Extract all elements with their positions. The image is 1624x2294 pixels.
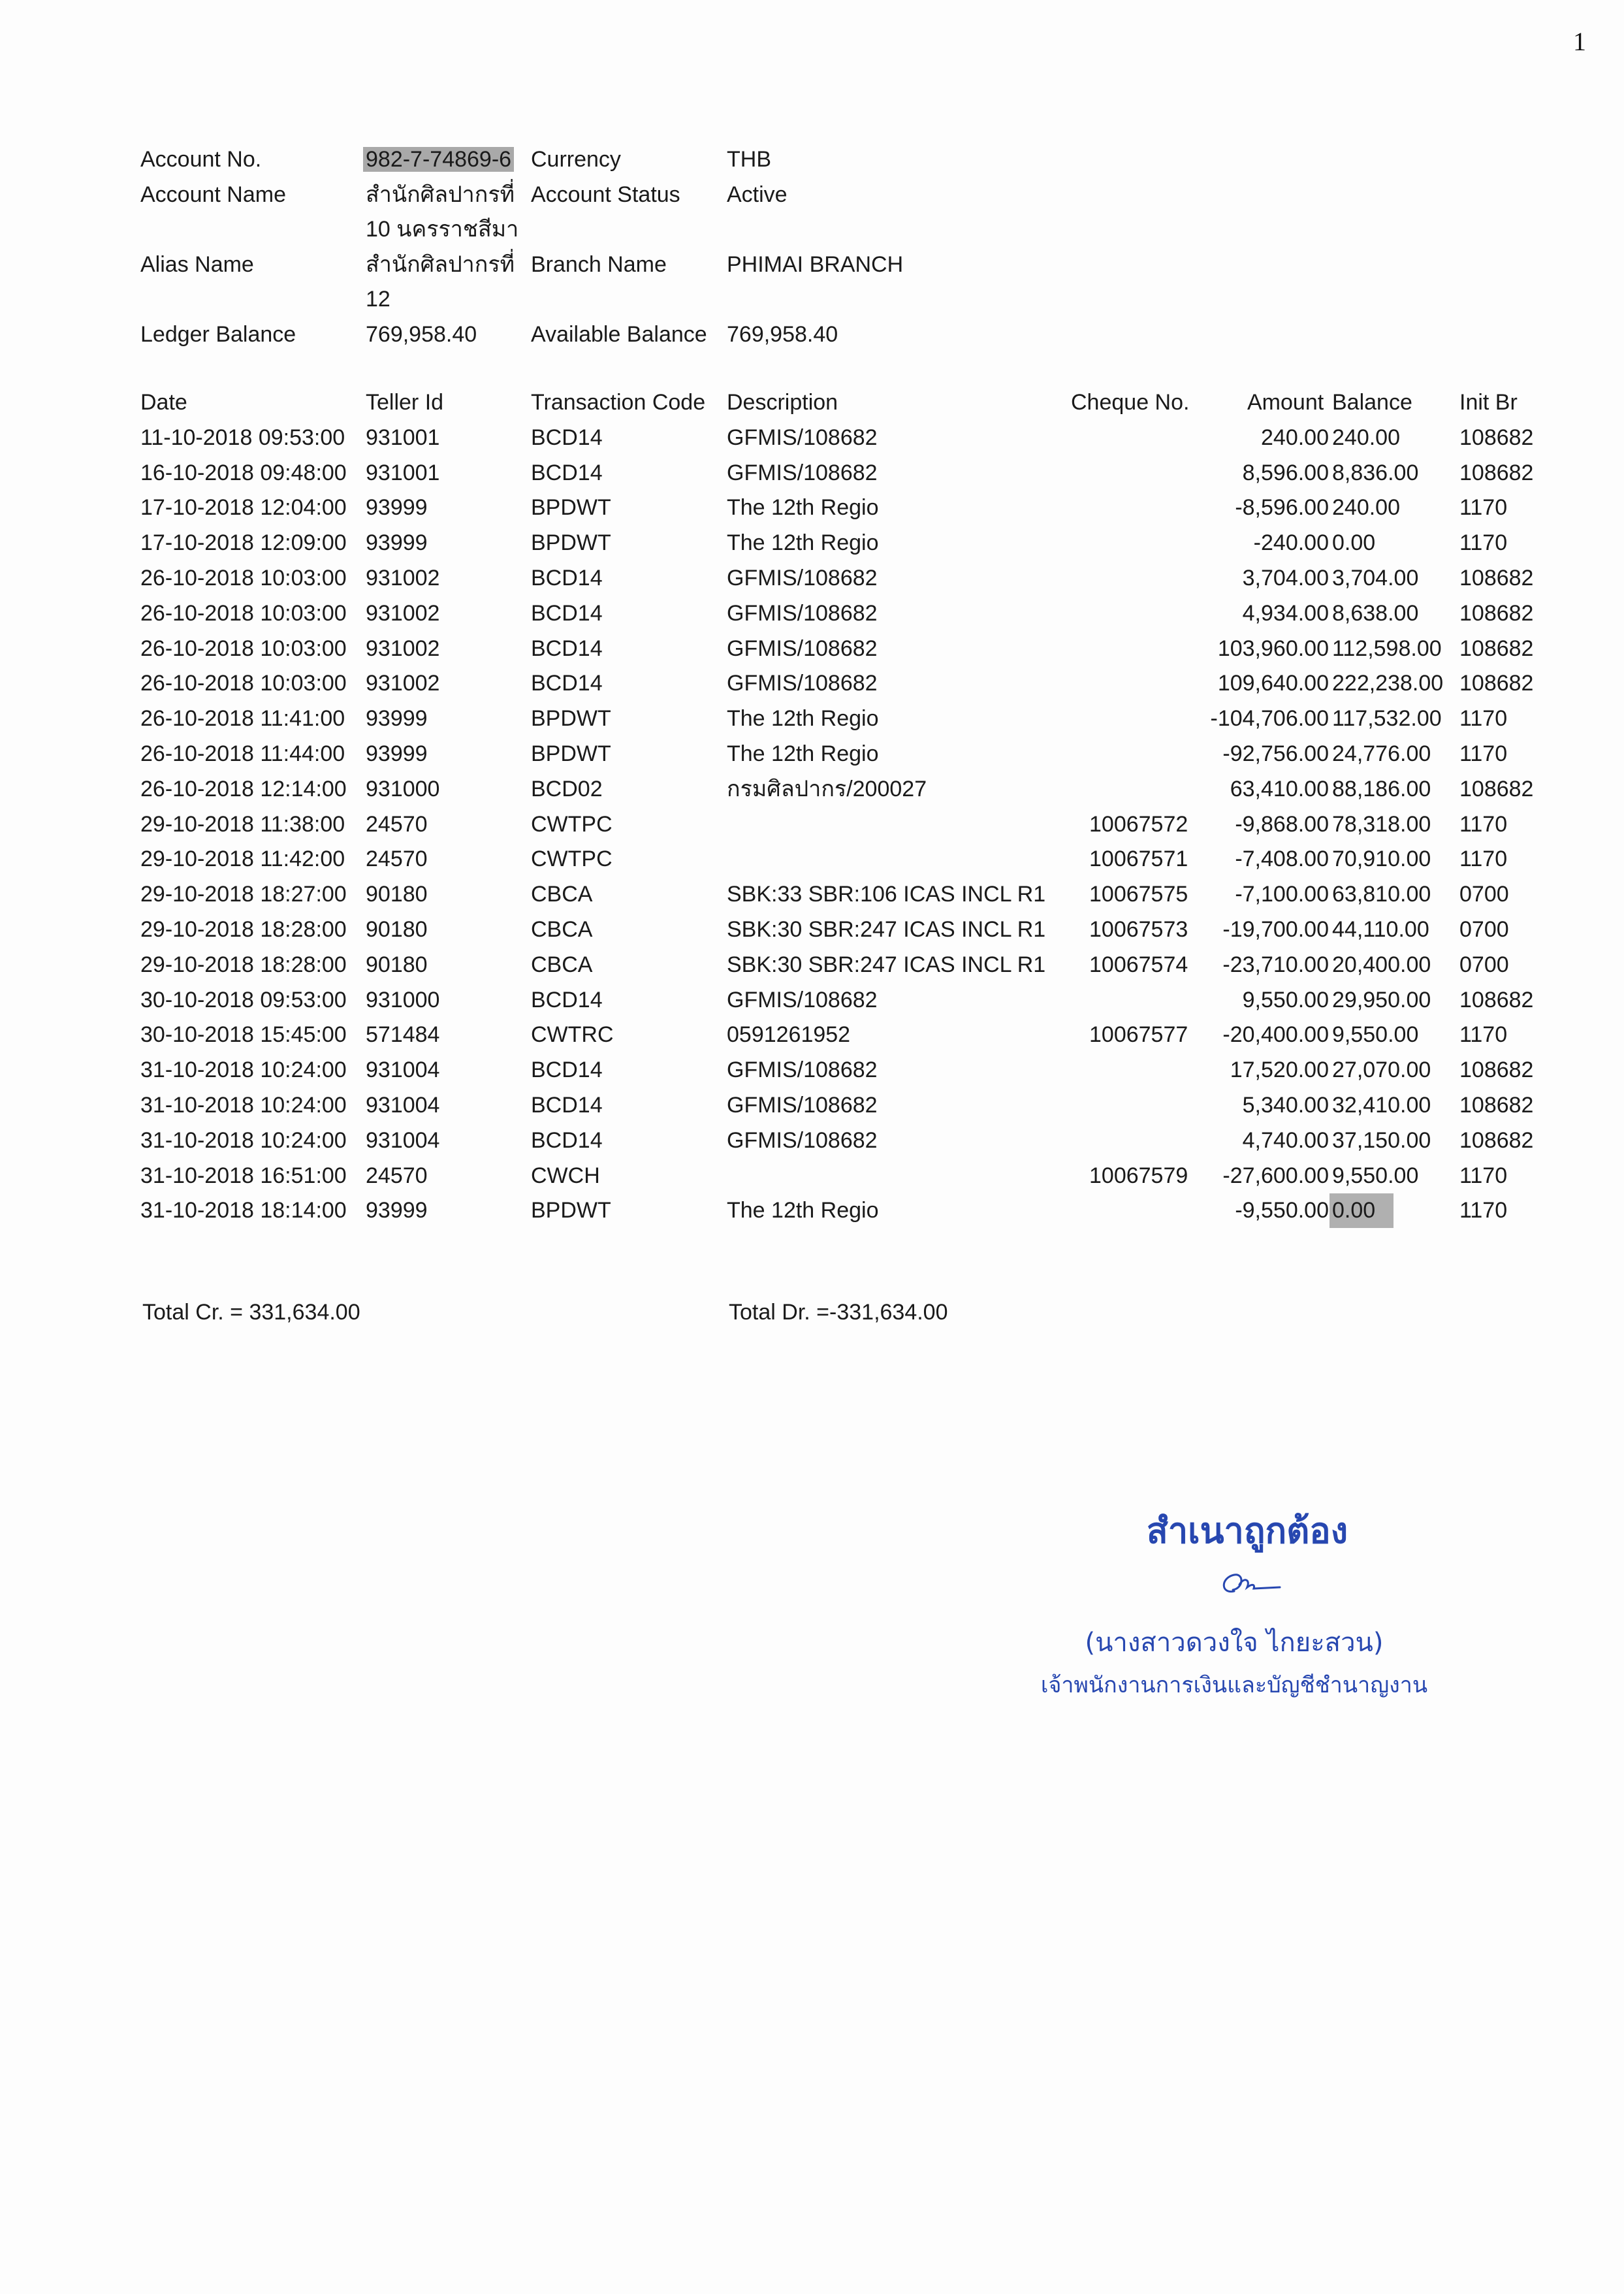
- cell-transaction-code: BPDWT: [531, 526, 611, 560]
- cell-teller-id: 931000: [366, 983, 439, 1018]
- cell-balance: 44,110.00: [1332, 913, 1429, 947]
- cell-date: 29-10-2018 11:38:00: [140, 807, 345, 842]
- header-cheque-no: Cheque No.: [1071, 385, 1189, 420]
- cell-teller-id: 931002: [366, 561, 439, 596]
- cell-balance: 117,532.00: [1332, 702, 1442, 736]
- cell-init-br: 108682: [1459, 772, 1533, 807]
- cell-description: The 12th Regio: [727, 737, 879, 771]
- signature: [1032, 1559, 1437, 1617]
- cell-balance: 29,950.00: [1332, 983, 1431, 1018]
- cell-description: GFMIS/108682: [727, 1053, 878, 1088]
- cell-transaction-code: BCD14: [531, 596, 603, 631]
- cell-amount: 63,410.00: [1107, 772, 1329, 807]
- cell-amount: 109,640.00: [1107, 666, 1329, 701]
- cell-date: 26-10-2018 10:03:00: [140, 632, 347, 666]
- cell-init-br: 1170: [1459, 1018, 1507, 1052]
- account-status-label: Account Status: [531, 178, 680, 212]
- cell-description: GFMIS/108682: [727, 561, 878, 596]
- cell-amount: 9,550.00: [1107, 983, 1329, 1018]
- cell-date: 11-10-2018 09:53:00: [140, 421, 345, 455]
- cell-amount: -9,868.00: [1107, 807, 1329, 842]
- cell-init-br: 108682: [1459, 421, 1533, 455]
- cell-init-br: 1170: [1459, 737, 1507, 771]
- page-number: 1: [1573, 26, 1586, 57]
- cell-teller-id: 93999: [366, 737, 428, 771]
- cell-transaction-code: BCD14: [531, 632, 603, 666]
- cell-transaction-code: CWTPC: [531, 842, 613, 877]
- branch-name-label: Branch Name: [531, 248, 667, 282]
- cell-date: 17-10-2018 12:09:00: [140, 526, 347, 560]
- cell-teller-id: 90180: [366, 913, 428, 947]
- account-name-label: Account Name: [140, 178, 286, 212]
- cell-init-br: 1170: [1459, 807, 1507, 842]
- cell-transaction-code: CBCA: [531, 877, 592, 912]
- cell-amount: -92,756.00: [1107, 737, 1329, 771]
- cell-init-br: 1170: [1459, 842, 1507, 877]
- cell-transaction-code: BCD14: [531, 1088, 603, 1123]
- cell-description: SBK:33 SBR:106 ICAS INCL R1: [727, 877, 1045, 912]
- cell-amount: 103,960.00: [1107, 632, 1329, 666]
- cell-teller-id: 931002: [366, 666, 439, 701]
- cell-date: 16-10-2018 09:48:00: [140, 456, 347, 491]
- cell-balance: 20,400.00: [1332, 948, 1431, 982]
- branch-name-value: PHIMAI BRANCH: [727, 248, 903, 282]
- cell-transaction-code: CWTPC: [531, 807, 613, 842]
- cell-init-br: 108682: [1459, 1123, 1533, 1158]
- header-init-br: Init Br: [1459, 385, 1518, 420]
- cell-balance: 222,238.00: [1332, 666, 1443, 701]
- cell-teller-id: 93999: [366, 702, 428, 736]
- cell-balance: 9,550.00: [1332, 1159, 1418, 1193]
- cell-transaction-code: BPDWT: [531, 737, 611, 771]
- cell-teller-id: 24570: [366, 807, 428, 842]
- cell-teller-id: 93999: [366, 491, 428, 525]
- header-balance: Balance: [1332, 385, 1412, 420]
- certification-stamp: สำเนาถูกต้อง (นางสาวดวงใจ ไกยะสวน) เจ้าพ…: [1032, 1502, 1437, 1702]
- cell-transaction-code: BPDWT: [531, 1193, 611, 1228]
- cell-transaction-code: BCD14: [531, 666, 603, 701]
- cell-balance: 9,550.00: [1332, 1018, 1418, 1052]
- cell-amount: -7,100.00: [1107, 877, 1329, 912]
- cell-amount: 17,520.00: [1107, 1053, 1329, 1088]
- cell-date: 30-10-2018 15:45:00: [140, 1018, 347, 1052]
- cell-amount: -104,706.00: [1107, 702, 1329, 736]
- cell-date: 31-10-2018 10:24:00: [140, 1053, 347, 1088]
- cell-balance: 70,910.00: [1332, 842, 1431, 877]
- cell-date: 31-10-2018 16:51:00: [140, 1159, 347, 1193]
- cell-teller-id: 571484: [366, 1018, 439, 1052]
- cell-teller-id: 931001: [366, 421, 439, 455]
- cell-transaction-code: BCD14: [531, 561, 603, 596]
- cell-transaction-code: BCD14: [531, 1053, 603, 1088]
- cell-balance: 0.00: [1332, 526, 1375, 560]
- cell-init-br: 108682: [1459, 561, 1533, 596]
- cell-date: 26-10-2018 10:03:00: [140, 666, 347, 701]
- cell-description: GFMIS/108682: [727, 983, 878, 1018]
- currency-value: THB: [727, 142, 771, 177]
- cell-date: 31-10-2018 10:24:00: [140, 1123, 347, 1158]
- cell-balance: 3,704.00: [1332, 561, 1418, 596]
- cell-description: SBK:30 SBR:247 ICAS INCL R1: [727, 913, 1045, 947]
- cell-date: 31-10-2018 10:24:00: [140, 1088, 347, 1123]
- cell-balance: 32,410.00: [1332, 1088, 1431, 1123]
- cell-balance: 27,070.00: [1332, 1053, 1431, 1088]
- cell-balance: 240.00: [1332, 421, 1400, 455]
- cell-balance: 112,598.00: [1332, 632, 1442, 666]
- available-balance-value: 769,958.40: [727, 317, 838, 352]
- cell-date: 26-10-2018 12:14:00: [140, 772, 347, 807]
- cell-date: 29-10-2018 11:42:00: [140, 842, 345, 877]
- cell-balance: 8,836.00: [1332, 456, 1418, 491]
- cell-description: GFMIS/108682: [727, 456, 878, 491]
- cell-init-br: 1170: [1459, 1159, 1507, 1193]
- cell-teller-id: 931001: [366, 456, 439, 491]
- cell-transaction-code: BPDWT: [531, 702, 611, 736]
- header-amount: Amount: [1247, 385, 1324, 420]
- cell-description: The 12th Regio: [727, 526, 879, 560]
- cell-teller-id: 90180: [366, 877, 428, 912]
- cell-transaction-code: BCD14: [531, 421, 603, 455]
- cell-amount: -27,600.00: [1107, 1159, 1329, 1193]
- cell-date: 26-10-2018 10:03:00: [140, 561, 347, 596]
- cell-teller-id: 93999: [366, 1193, 428, 1228]
- cell-init-br: 108682: [1459, 983, 1533, 1018]
- account-no-highlight: 982-7-74869-6: [363, 147, 514, 172]
- header-teller-id: Teller Id: [366, 385, 443, 420]
- cell-description: GFMIS/108682: [727, 596, 878, 631]
- cell-teller-id: 931004: [366, 1088, 439, 1123]
- cell-teller-id: 90180: [366, 948, 428, 982]
- cell-teller-id: 931004: [366, 1123, 439, 1158]
- header-date: Date: [140, 385, 187, 420]
- cell-teller-id: 93999: [366, 526, 428, 560]
- cell-amount: 3,704.00: [1107, 561, 1329, 596]
- cell-amount: -240.00: [1107, 526, 1329, 560]
- cell-amount: 8,596.00: [1107, 456, 1329, 491]
- cell-amount: -23,710.00: [1107, 948, 1329, 982]
- certifier-name: (นางสาวดวงใจ ไกยะสวน): [1032, 1621, 1437, 1663]
- total-debit: Total Dr. =-331,634.00: [729, 1300, 948, 1325]
- cell-transaction-code: BCD14: [531, 983, 603, 1018]
- cell-transaction-code: BPDWT: [531, 491, 611, 525]
- cell-amount: -9,550.00: [1107, 1193, 1329, 1228]
- alias-name-value: สำนักศิลปากรที่ 12: [366, 248, 529, 317]
- cell-transaction-code: CWCH: [531, 1159, 600, 1193]
- certifier-position: เจ้าพนักงานการเงินและบัญชีชำนาญงาน: [1032, 1667, 1437, 1702]
- cell-description: GFMIS/108682: [727, 1123, 878, 1158]
- cell-date: 26-10-2018 11:41:00: [140, 702, 345, 736]
- cell-init-br: 1170: [1459, 702, 1507, 736]
- cell-description: กรมศิลปากร/200027: [727, 772, 927, 807]
- cell-description: GFMIS/108682: [727, 632, 878, 666]
- cell-init-br: 0700: [1459, 877, 1509, 912]
- alias-name-label: Alias Name: [140, 248, 254, 282]
- cell-init-br: 0700: [1459, 948, 1509, 982]
- cell-balance: 88,186.00: [1332, 772, 1431, 807]
- account-no-value: 982-7-74869-6: [366, 142, 529, 177]
- cell-balance: 0.00: [1329, 1193, 1393, 1228]
- cell-init-br: 108682: [1459, 1088, 1533, 1123]
- cell-init-br: 0700: [1459, 913, 1509, 947]
- cell-description: SBK:30 SBR:247 ICAS INCL R1: [727, 948, 1045, 982]
- cell-date: 26-10-2018 10:03:00: [140, 596, 347, 631]
- cell-teller-id: 931002: [366, 596, 439, 631]
- cell-date: 26-10-2018 11:44:00: [140, 737, 345, 771]
- cell-init-br: 108682: [1459, 456, 1533, 491]
- cell-transaction-code: CBCA: [531, 913, 592, 947]
- cell-description: GFMIS/108682: [727, 421, 878, 455]
- cell-teller-id: 931000: [366, 772, 439, 807]
- cell-amount: 4,934.00: [1107, 596, 1329, 631]
- cell-amount: -8,596.00: [1107, 491, 1329, 525]
- cell-balance: 8,638.00: [1332, 596, 1418, 631]
- cell-balance: 24,776.00: [1332, 737, 1431, 771]
- cell-amount: -20,400.00: [1107, 1018, 1329, 1052]
- cell-amount: 240.00: [1107, 421, 1329, 455]
- cell-init-br: 108682: [1459, 1053, 1533, 1088]
- cell-teller-id: 931004: [366, 1053, 439, 1088]
- cell-init-br: 1170: [1459, 526, 1507, 560]
- cell-balance: 78,318.00: [1332, 807, 1431, 842]
- available-balance-label: Available Balance: [531, 317, 707, 352]
- cell-balance: 63,810.00: [1332, 877, 1431, 912]
- cell-description: 0591261952: [727, 1018, 850, 1052]
- cell-init-br: 108682: [1459, 632, 1533, 666]
- account-no-label: Account No.: [140, 142, 261, 177]
- cell-date: 29-10-2018 18:27:00: [140, 877, 347, 912]
- cell-description: GFMIS/108682: [727, 666, 878, 701]
- cell-description: GFMIS/108682: [727, 1088, 878, 1123]
- cell-date: 17-10-2018 12:04:00: [140, 491, 347, 525]
- currency-label: Currency: [531, 142, 621, 177]
- cell-transaction-code: CWTRC: [531, 1018, 614, 1052]
- cell-description: The 12th Regio: [727, 702, 879, 736]
- cell-description: The 12th Regio: [727, 491, 879, 525]
- cell-date: 29-10-2018 18:28:00: [140, 948, 347, 982]
- ledger-balance-label: Ledger Balance: [140, 317, 296, 352]
- cell-transaction-code: BCD02: [531, 772, 603, 807]
- cell-amount: -7,408.00: [1107, 842, 1329, 877]
- cell-balance: 240.00: [1332, 491, 1400, 525]
- cell-description: The 12th Regio: [727, 1193, 879, 1228]
- cell-date: 30-10-2018 09:53:00: [140, 983, 347, 1018]
- cell-transaction-code: CBCA: [531, 948, 592, 982]
- account-status-value: Active: [727, 178, 788, 212]
- total-credit: Total Cr. = 331,634.00: [142, 1300, 360, 1325]
- cell-date: 31-10-2018 18:14:00: [140, 1193, 347, 1228]
- cell-init-br: 1170: [1459, 1193, 1507, 1228]
- signature-icon: [1215, 1565, 1286, 1604]
- cell-teller-id: 24570: [366, 842, 428, 877]
- cell-balance: 37,150.00: [1332, 1123, 1431, 1158]
- cell-amount: -19,700.00: [1107, 913, 1329, 947]
- account-name-value: สำนักศิลปากรที่ 10 นครราชสีมา: [366, 178, 529, 247]
- cell-init-br: 1170: [1459, 491, 1507, 525]
- cell-date: 29-10-2018 18:28:00: [140, 913, 347, 947]
- header-transaction-code: Transaction Code: [531, 385, 705, 420]
- ledger-balance-value: 769,958.40: [366, 317, 529, 352]
- cell-transaction-code: BCD14: [531, 1123, 603, 1158]
- cell-amount: 4,740.00: [1107, 1123, 1329, 1158]
- cell-init-br: 108682: [1459, 666, 1533, 701]
- header-description: Description: [727, 385, 838, 420]
- cell-teller-id: 931002: [366, 632, 439, 666]
- cell-teller-id: 24570: [366, 1159, 428, 1193]
- cell-transaction-code: BCD14: [531, 456, 603, 491]
- certification-title: สำเนาถูกต้อง: [1058, 1502, 1437, 1559]
- cell-amount: 5,340.00: [1107, 1088, 1329, 1123]
- cell-init-br: 108682: [1459, 596, 1533, 631]
